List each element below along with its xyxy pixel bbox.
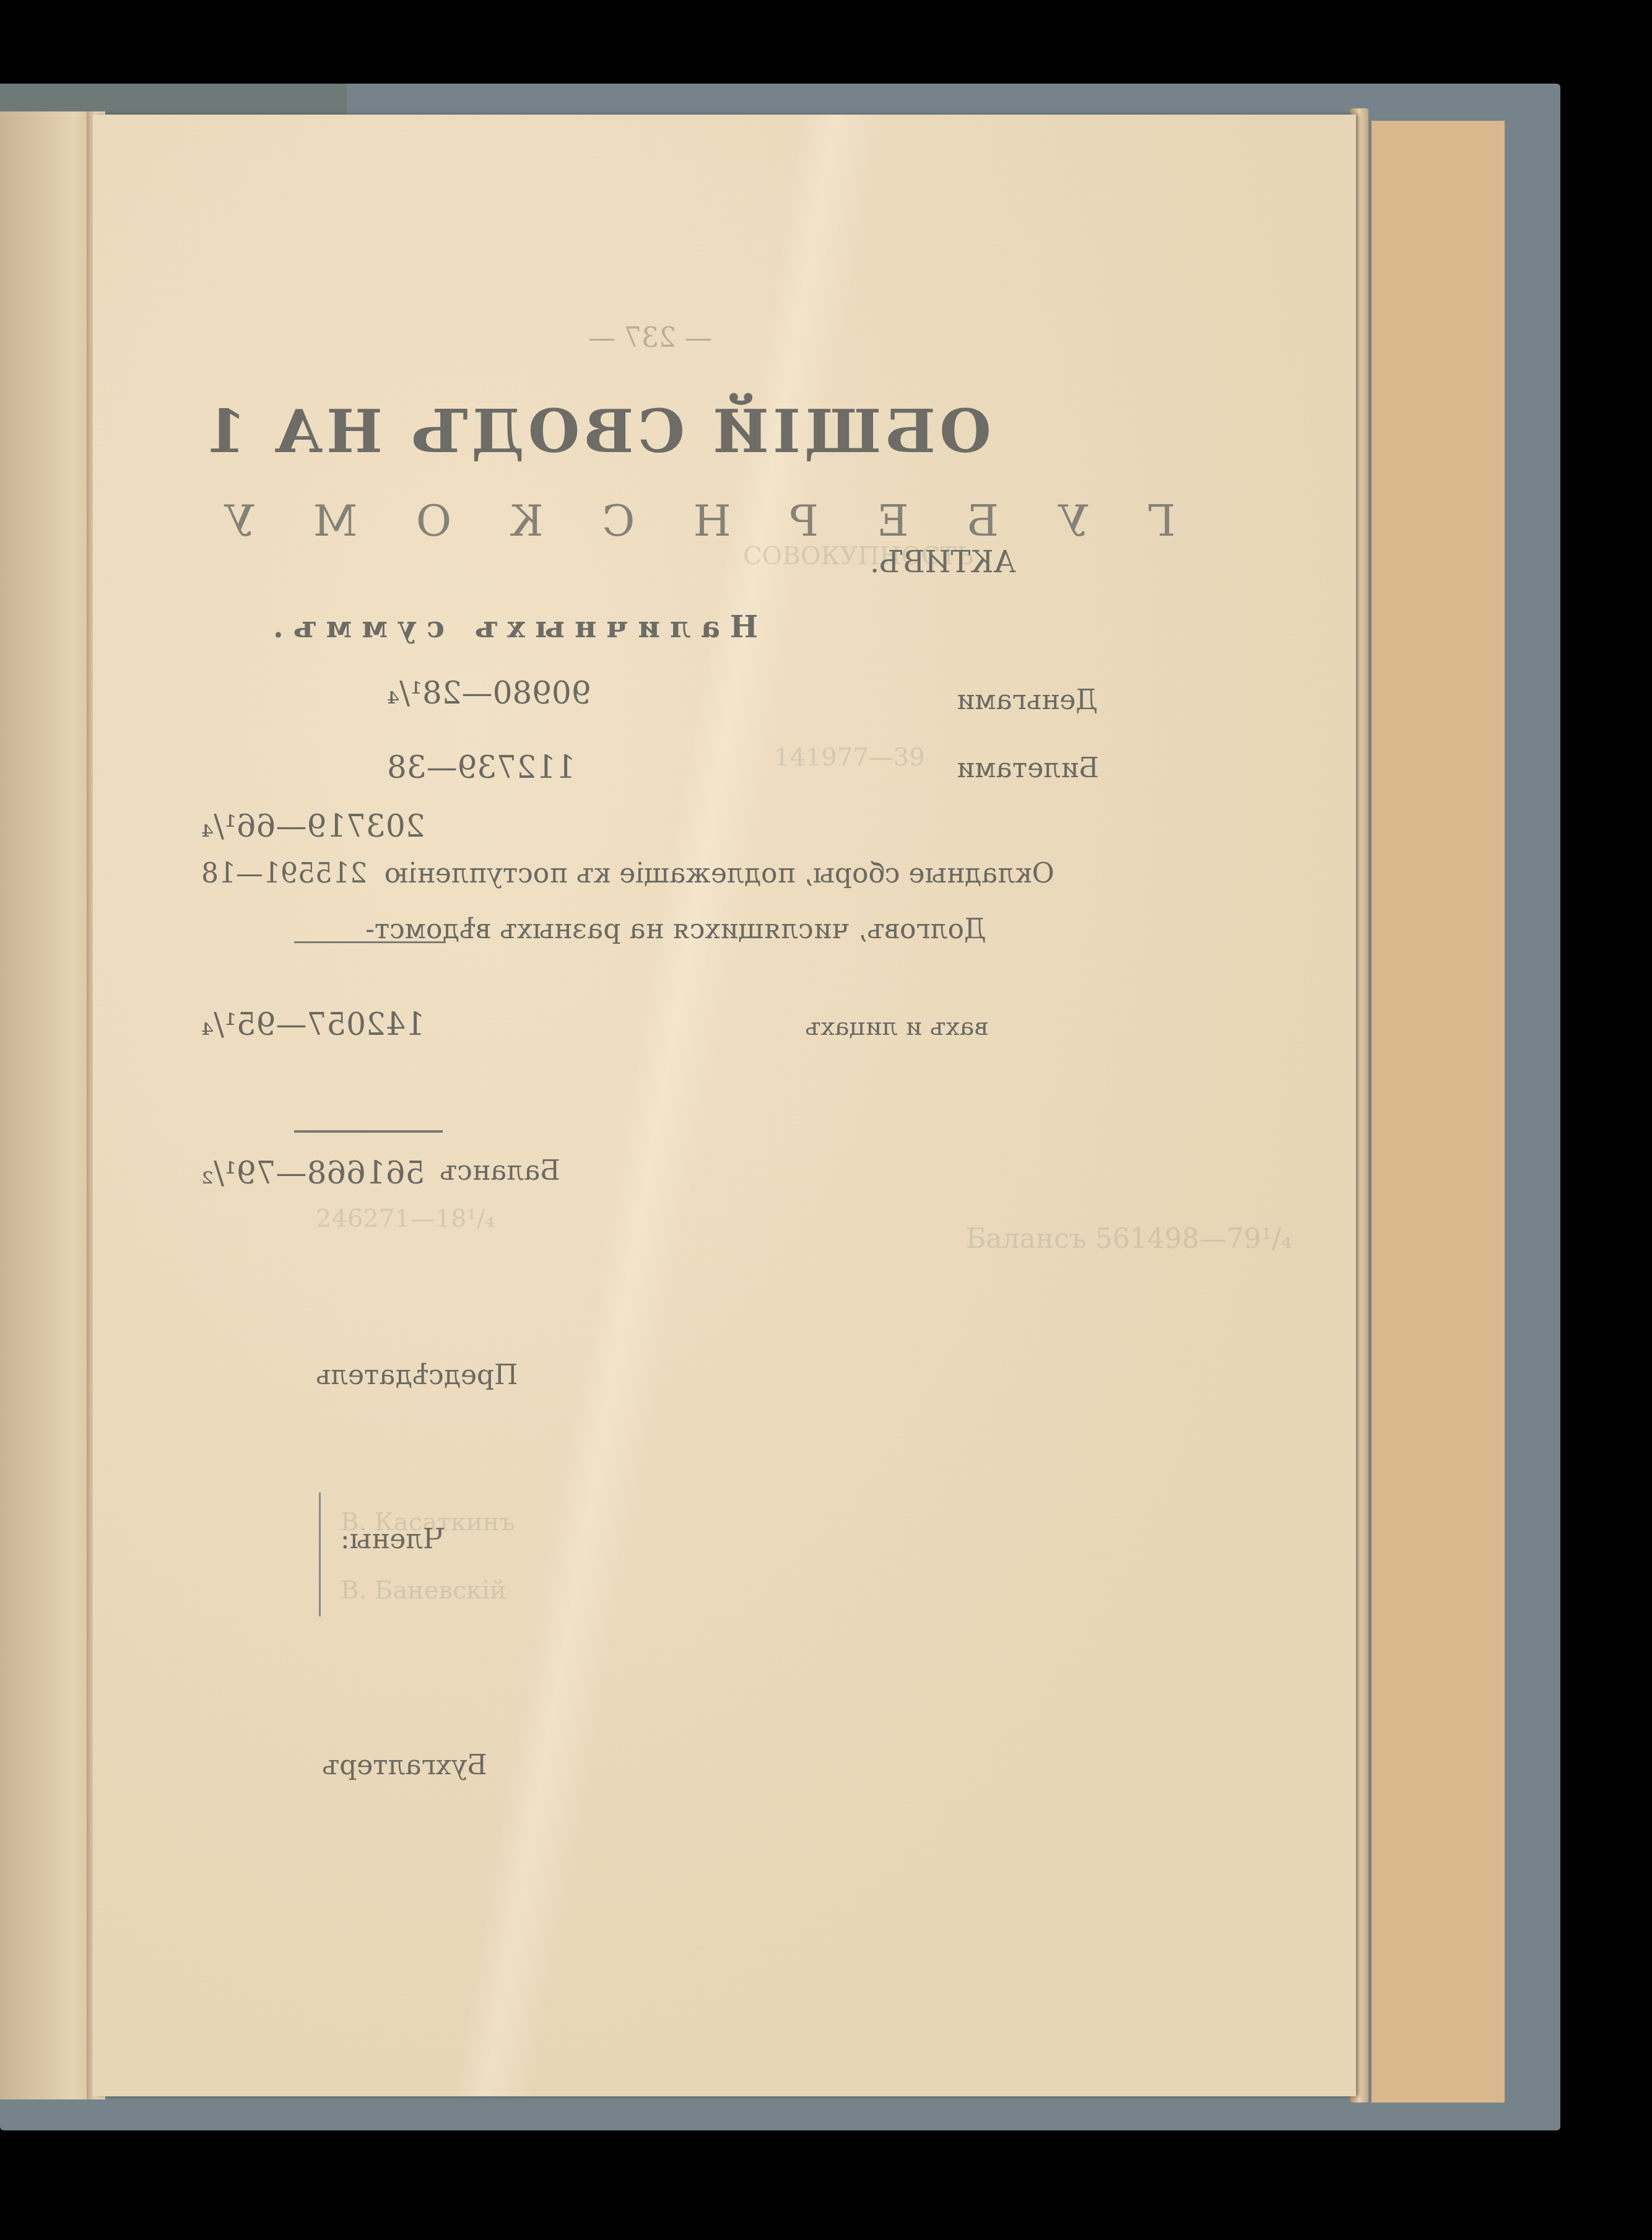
- bleed-through-text: 246271—18¹/₄: [316, 1205, 495, 1233]
- total-rule: [294, 1130, 443, 1133]
- bleed-through-text: 141977—39: [774, 743, 925, 772]
- subtotal-value: 203719—66¹/₄: [201, 808, 425, 844]
- signature-members: Члены:: [341, 1523, 444, 1555]
- row-label-continued: вахъ и лицахъ: [805, 1013, 988, 1041]
- row-label: Деньгами: [957, 684, 1098, 716]
- bleed-through-text: В. Баневскій: [341, 1576, 506, 1605]
- row-value: 112739—38: [387, 749, 576, 785]
- row-label: Долговъ, числящихся на разныхъ вѣдомст-: [365, 913, 986, 945]
- row-value: 142057—95¹/₄: [201, 1006, 425, 1042]
- row-label: Окладные сборы, подлежащіе къ поступлені…: [201, 858, 1054, 889]
- left-page-edge: [0, 111, 93, 2099]
- bleed-through-text: Балансъ 561498—79¹/₄: [966, 1223, 1292, 1255]
- members-bracket: [319, 1493, 321, 1616]
- document-page: СОВОКУПНОСТЬ 141977—39 Балансъ 561498—79…: [93, 115, 1356, 2096]
- row-value: 90980—28¹/₄: [387, 675, 591, 711]
- endpaper: [1372, 121, 1505, 2103]
- page-title: ОБЩІЙ СВОДЪ НА 1: [201, 396, 991, 466]
- signature-bookkeeper: Бухгалтеръ: [322, 1750, 487, 1781]
- page-number: — 237 —: [588, 322, 712, 354]
- balance-value: 561668—79¹/₂: [201, 1155, 425, 1191]
- section-heading: АКТИВЪ.: [870, 545, 1016, 580]
- page-subtitle: Г У Б Е Р Н С К О М У: [201, 495, 1176, 546]
- subheading: Наличныхъ суммъ.: [263, 610, 758, 645]
- balance-label: Балансъ: [440, 1155, 560, 1187]
- signature-chairman: Предсѣдатель: [316, 1359, 518, 1391]
- row-label: Билетами: [957, 752, 1099, 784]
